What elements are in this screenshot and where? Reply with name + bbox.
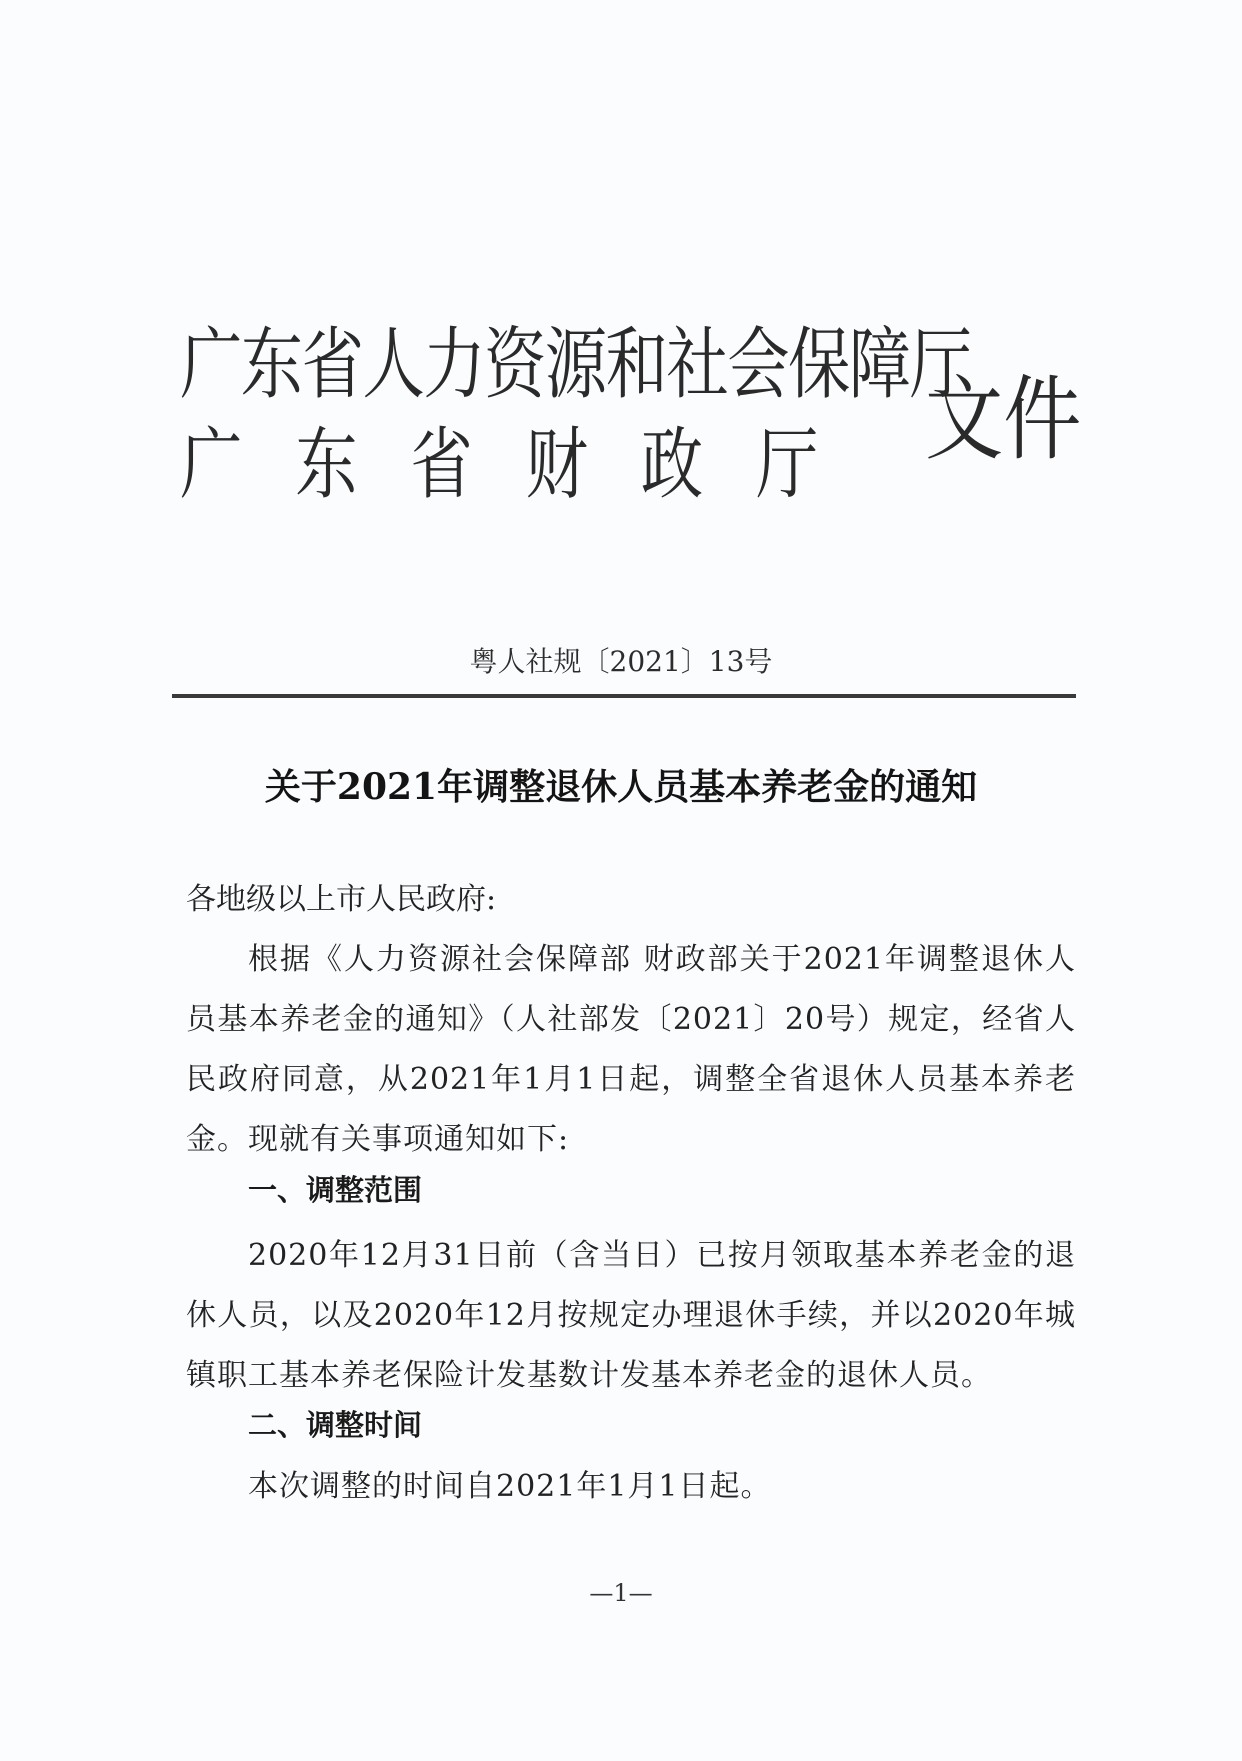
section-2-body: 本次调整的时间自2021年1月1日起。 (186, 1457, 1076, 1517)
addressee: 各地级以上市人民政府: (186, 870, 1076, 930)
issuer-line-finance: 广东省财政厅 (180, 420, 871, 510)
issuer-line-hrss: 广东省人力资源和社会保障厅 (180, 320, 970, 410)
document-page: 广东省人力资源和社会保障厅 广东省财政厅 文件 粤人社规〔2021〕13号 关于… (0, 0, 1242, 1761)
section-1-body: 2020年12月31日前（含当日）已按月领取基本养老金的退休人员，以及2020年… (186, 1226, 1076, 1406)
document-number: 粤人社规〔2021〕13号 (0, 642, 1242, 682)
document-title: 关于2021年调整退休人员基本养老金的通知 (0, 762, 1242, 812)
issuer-header: 广东省人力资源和社会保障厅 广东省财政厅 文件 (180, 320, 1080, 540)
section-2-heading: 二、调整时间 (248, 1400, 422, 1450)
issuer-suffix-document: 文件 (925, 370, 1081, 470)
section-1-heading: 一、调整范围 (248, 1165, 422, 1215)
header-separator-line (172, 694, 1076, 698)
intro-paragraph: 根据《人力资源社会保障部 财政部关于2021年调整退休人员基本养老金的通知》（人… (186, 930, 1076, 1170)
page-number: —1— (0, 1578, 1242, 1608)
